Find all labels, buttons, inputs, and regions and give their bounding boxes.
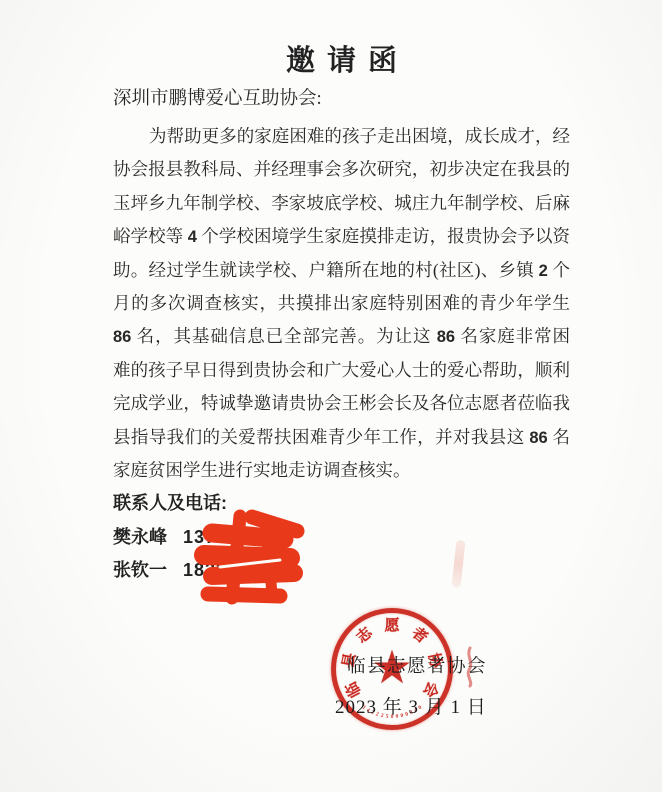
signature-date: 2023 年 3 月 1 日	[335, 692, 487, 719]
body-line: 86 名，其基础信息已全部完善。为让这 86 名家庭非常困	[113, 320, 570, 353]
scanned-invitation-letter: 邀请函 深圳市鹏博爱心互助协会: 为帮助更多的家庭困难的孩子走出困境，成长成才，…	[0, 0, 662, 792]
body-line: 玉坪乡九年制学校、李家坡底学校、城庄九年制学校、后麻	[113, 187, 570, 220]
seal-arc-char: 愿	[383, 617, 401, 635]
body-line: 峪学校等 4 个学校困境学生家庭摸排走访，报贵协会予以资	[113, 220, 570, 253]
contact-row: 张钦一1833	[113, 554, 570, 587]
body-line: 县指导我们的关爱帮扶困难青少年工作，并对我县这 86 名	[113, 421, 570, 454]
contact-row: 樊永峰1375	[113, 521, 570, 554]
body-line: 家庭贫困学生进行实地走访调查核实。	[113, 454, 570, 487]
letter-body: 为帮助更多的家庭困难的孩子走出困境，成长成才，经 协会报县教科局、并经理事会多次…	[113, 120, 570, 587]
body-line: 难的孩子早日得到贵协会和广大爱心人士的爱心帮助，顺利	[113, 354, 570, 387]
body-line: 为帮助更多的家庭困难的孩子走出困境，成长成才，经	[113, 120, 570, 153]
addressee-line: 深圳市鹏博爱心互助协会:	[113, 86, 570, 112]
redaction-scribble	[192, 503, 310, 607]
body-line: 完成学业，特诚挚邀请贵协会王彬会长及各位志愿者莅临我	[113, 387, 570, 420]
body-line: 协会报县教科局、并经理事会多次研究，初步决定在我县的	[113, 153, 570, 186]
contact-name: 张钦一	[113, 560, 167, 580]
page-title: 邀请函	[113, 38, 570, 79]
body-line: 助。经过学生就读学校、户籍所在地的村(社区)、乡镇 2 个	[113, 254, 570, 287]
contact-name: 樊永峰	[113, 527, 167, 547]
contact-heading: 联系人及电话:	[113, 487, 570, 520]
signature-org: 临县志愿者协会	[347, 652, 487, 678]
body-line: 月的多次调查核实，共摸排出家庭特别困难的青少年学生	[113, 287, 570, 320]
